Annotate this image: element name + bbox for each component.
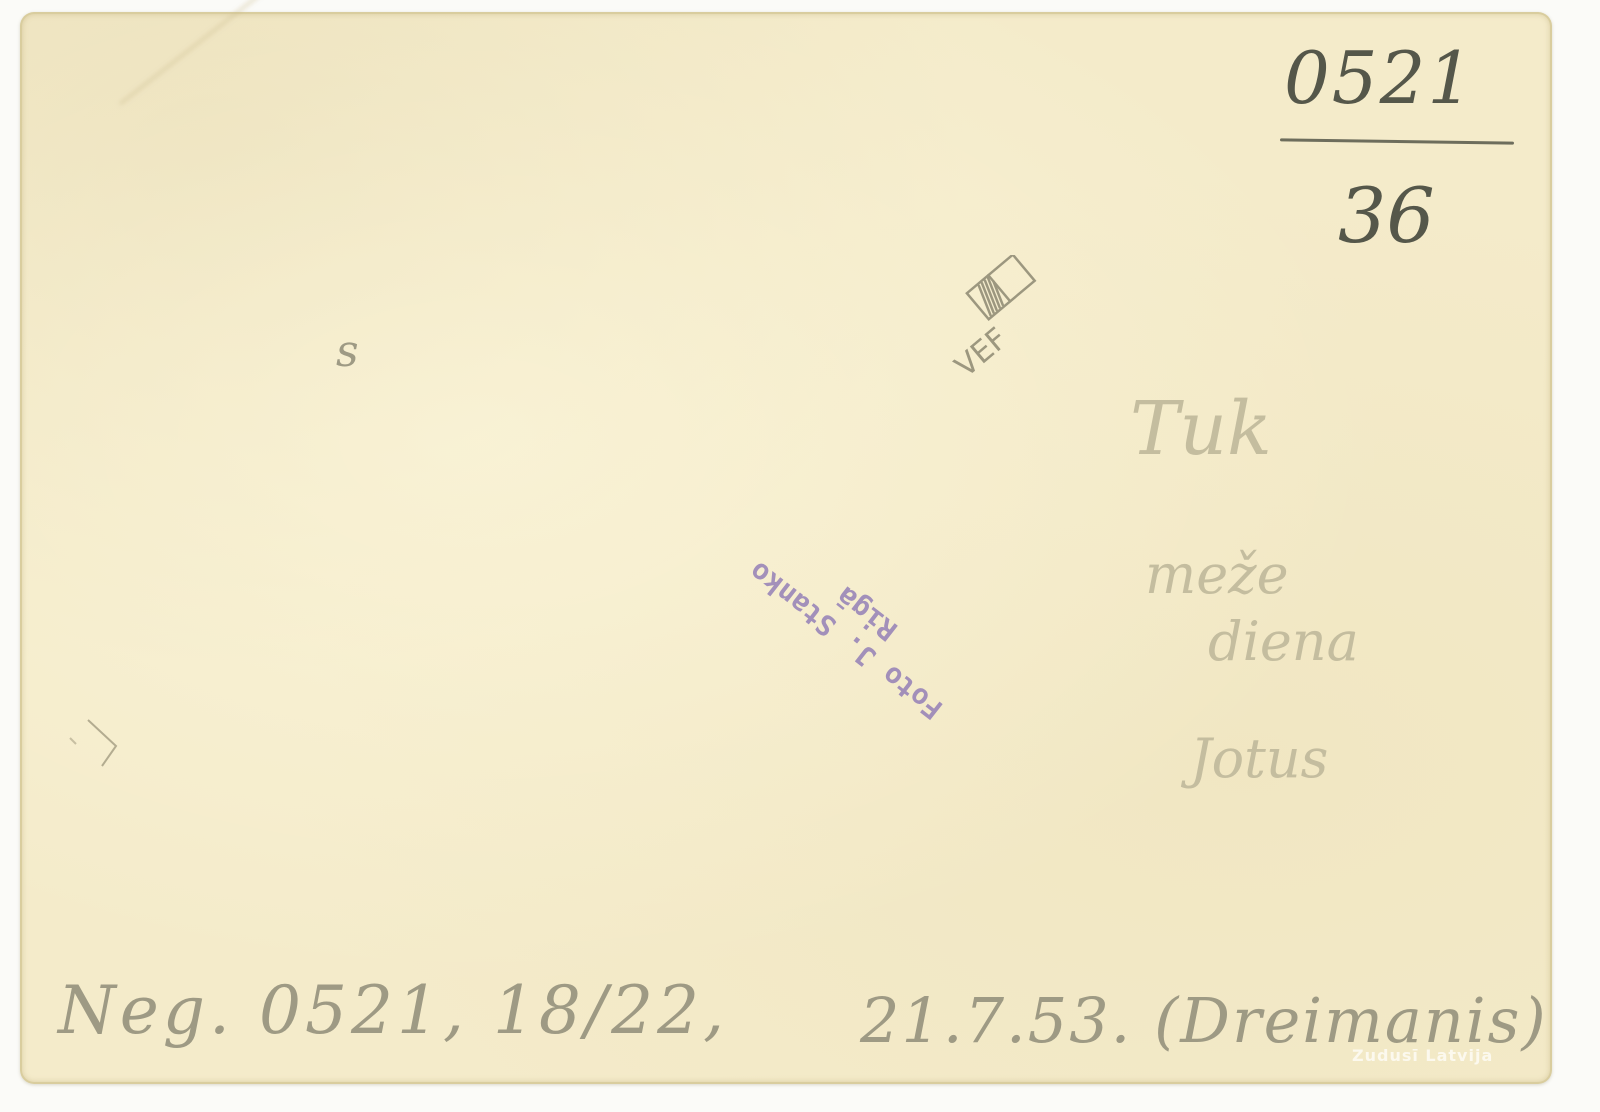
archive-reference-number: 0521 bbox=[1284, 42, 1475, 114]
svg-text:VEF: VEF bbox=[949, 321, 1015, 384]
date-author-note: 21.7.53. (Dreimanis) bbox=[860, 990, 1548, 1052]
negative-reference-note: Neg. 0521, 18/22, bbox=[58, 978, 728, 1044]
stamp-line-city: Rigā bbox=[746, 514, 988, 713]
faint-note-line-1: Tuk bbox=[1130, 392, 1272, 466]
hatched-box-mark-icon: VEF bbox=[935, 255, 1075, 385]
faint-note-line-4: Jotus bbox=[1190, 732, 1328, 786]
reference-divider-line bbox=[1280, 138, 1514, 144]
photo-card-back: 0521 36 s VEF Foto J. Stanko Rigā Tuk me… bbox=[20, 12, 1552, 1084]
corner-bracket-mark-icon bbox=[60, 708, 130, 778]
small-pencil-mark: s bbox=[336, 330, 359, 374]
paper-crease bbox=[119, 0, 271, 106]
stamp-line-studio: Foto J. Stanko bbox=[725, 540, 967, 739]
photographer-stamp: Foto J. Stanko Rigā bbox=[725, 514, 988, 740]
faint-note-line-2: meže bbox=[1145, 548, 1289, 602]
source-watermark: Zudusī Latvija bbox=[1352, 1046, 1493, 1065]
archive-sub-number: 36 bbox=[1338, 178, 1435, 254]
faint-note-line-3: diena bbox=[1208, 615, 1359, 669]
